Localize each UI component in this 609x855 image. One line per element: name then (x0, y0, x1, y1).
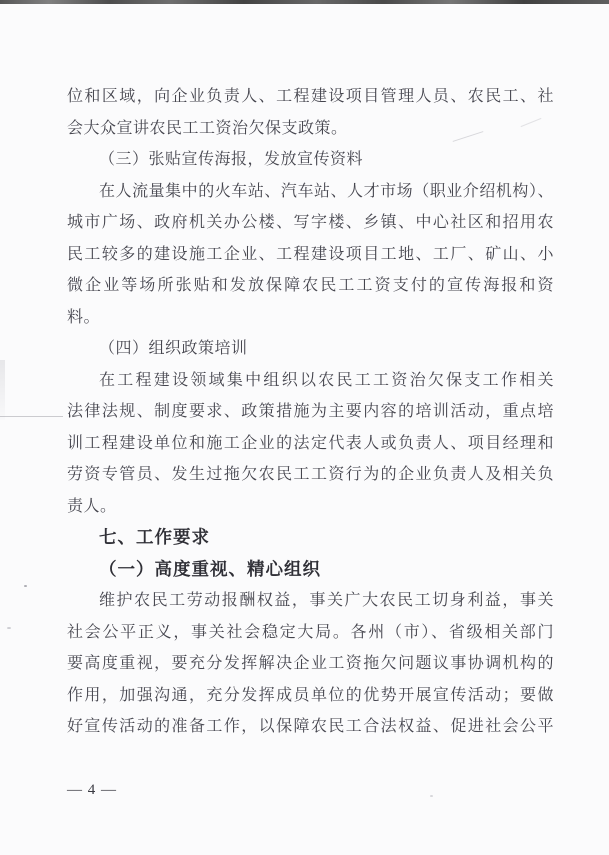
scan-edge-smudge-artifact (0, 360, 5, 420)
document-page: 位和区域，向企业负责人、工程建设项目管理人员、农民工、社会大众宣讲农民工工资治欠… (0, 0, 609, 855)
text-line: 在工程建设领域集中组织以农民工工资治欠保支工作相关 (67, 365, 554, 397)
text-line: 社会公平正义，事关社会稳定大局。各州（市）、省级相关部门 (67, 617, 554, 649)
text-line: 在人流量集中的火车站、汽车站、人才市场（职业介绍机构）、 (67, 176, 554, 208)
text-line: 维护农民工劳动报酬权益，事关广大农民工切身利益，事关 (67, 585, 554, 617)
scan-edge-artifact (0, 0, 609, 4)
text-line: 作用，加强沟通，充分发挥成员单位的优势开展宣传活动；要做 (67, 680, 554, 712)
document-body: 位和区域，向企业负责人、工程建设项目管理人员、农民工、社会大众宣讲农民工工资治欠… (67, 81, 554, 743)
text-line: 会大众宣讲农民工工资治欠保支政策。 (67, 113, 554, 145)
text-line: 劳资专管员、发生过拖欠农民工工资行为的企业负责人及相关负 (67, 459, 554, 491)
text-line: 七、工作要求 (67, 522, 554, 554)
text-line: 好宣传活动的准备工作，以保障农民工合法权益、促进社会公平 (67, 711, 554, 743)
page-number: — 4 — (67, 782, 117, 799)
scan-fold-line-artifact (0, 416, 63, 417)
scan-speck-artifact (24, 585, 27, 587)
text-line: （三）张贴宣传海报，发放宣传资料 (67, 144, 554, 176)
text-line: （一）高度重视、精心组织 (67, 554, 554, 586)
text-line: 训工程建设单位和施工企业的法定代表人或负责人、项目经理和 (67, 428, 554, 460)
text-line: 要高度重视，要充分发挥解决企业工资拖欠问题议事协调机构的 (67, 648, 554, 680)
scan-speck-artifact (430, 795, 433, 797)
text-line: 位和区域，向企业负责人、工程建设项目管理人员、农民工、社 (67, 81, 554, 113)
scan-speck-artifact (7, 627, 11, 629)
text-line: 微企业等场所张贴和发放保障农民工工资支付的宣传海报和资 (67, 270, 554, 302)
text-line: 料。 (67, 302, 554, 334)
text-line: 法律法规、制度要求、政策措施为主要内容的培训活动，重点培 (67, 396, 554, 428)
text-line: 民工较多的建设施工企业、工程建设项目工地、工厂、矿山、小 (67, 239, 554, 271)
text-line: （四）组织政策培训 (67, 333, 554, 365)
text-line: 责人。 (67, 491, 554, 523)
text-line: 城市广场、政府机关办公楼、写字楼、乡镇、中心社区和招用农 (67, 207, 554, 239)
